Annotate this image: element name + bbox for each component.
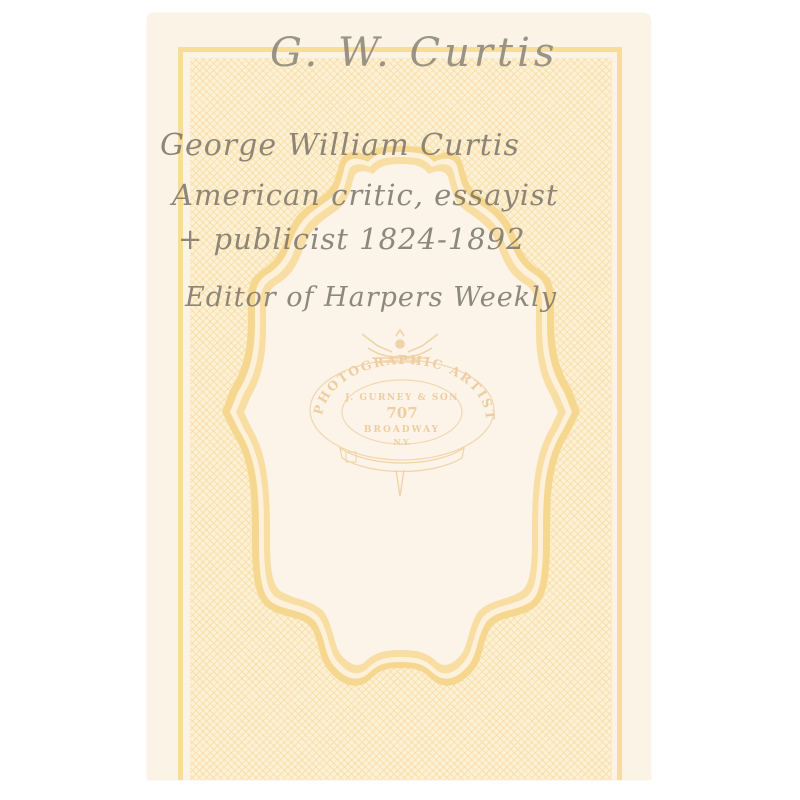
stamp-studio: J. GURNEY & SON [344, 393, 459, 403]
handwritten-name: George William Curtis [160, 128, 520, 163]
stamp-city: N.Y. [393, 437, 410, 447]
signature: G. W. Curtis [270, 30, 558, 76]
handwritten-occupation: American critic, essayist [172, 178, 559, 212]
cartouche-ornament: PHOTOGRAPHIC ARTISTS J. GURNEY & SON 707… [0, 0, 800, 800]
handwritten-editor-note: Editor of Harpers Weekly [185, 282, 557, 313]
stamp-street: BROADWAY [364, 425, 440, 435]
stamp-number: 707 [386, 404, 417, 422]
handwritten-dates: + publicist 1824-1892 [178, 222, 526, 256]
